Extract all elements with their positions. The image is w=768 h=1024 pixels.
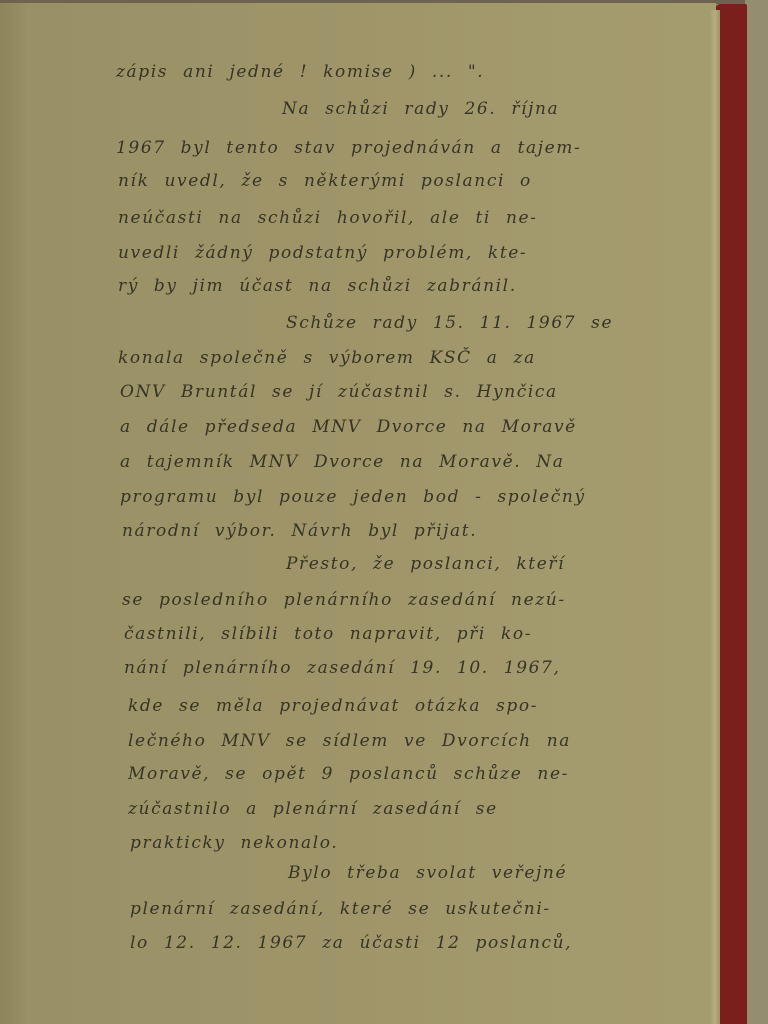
text-line: lečného MNV se sídlem ve Dvorcích na	[128, 731, 571, 751]
text-line: Schůze rady 15. 11. 1967 se	[286, 313, 613, 333]
text-line: uvedli žádný podstatný problém, kte-	[118, 243, 527, 263]
text-line: ONV Bruntál se jí zúčastnil s. Hynčica	[120, 382, 558, 402]
text-line: rý by jim účast na schůzi zabránil.	[118, 276, 517, 296]
text-line: programu byl pouze jeden bod - společný	[120, 487, 586, 507]
text-line: Moravě, se opět 9 poslanců schůze ne-	[128, 764, 569, 784]
book-cover-edge	[717, 4, 747, 1024]
text-line: Na schůzi rady 26. října	[282, 99, 559, 119]
text-line: se posledního plenárního zasedání nezú-	[122, 590, 566, 610]
text-line: zápis ani jedné ! komise ) ... ".	[116, 62, 484, 82]
text-line: prakticky nekonalo.	[130, 833, 338, 853]
text-line: Přesto, že poslanci, kteří	[286, 554, 565, 574]
background-surface	[745, 0, 768, 1024]
handwritten-text-block: zápis ani jedné ! komise ) ... ". Na sch…	[0, 0, 716, 1024]
text-line: lo 12. 12. 1967 za účasti 12 poslanců,	[130, 933, 572, 953]
text-line: plenární zasedání, které se uskutečni-	[130, 899, 551, 919]
text-line: a tajemník MNV Dvorce na Moravě. Na	[120, 452, 564, 472]
text-line: 1967 byl tento stav projednáván a tajem-	[116, 138, 581, 158]
text-line: národní výbor. Návrh byl přijat.	[122, 521, 477, 541]
text-line: ník uvedl, že s některými poslanci o	[118, 171, 532, 191]
text-line: kde se měla projednávat otázka spo-	[128, 696, 538, 716]
text-line: a dále předseda MNV Dvorce na Moravě	[120, 417, 577, 437]
text-line: nání plenárního zasedání 19. 10. 1967,	[124, 658, 560, 678]
text-line: konala společně s výborem KSČ a za	[118, 348, 536, 368]
text-line: neúčasti na schůzi hovořil, ale ti ne-	[118, 208, 538, 228]
text-line: zúčastnilo a plenární zasedání se	[128, 799, 498, 819]
text-line: Bylo třeba svolat veřejné	[288, 863, 567, 883]
text-line: častnili, slíbili toto napravit, při ko-	[124, 624, 532, 644]
